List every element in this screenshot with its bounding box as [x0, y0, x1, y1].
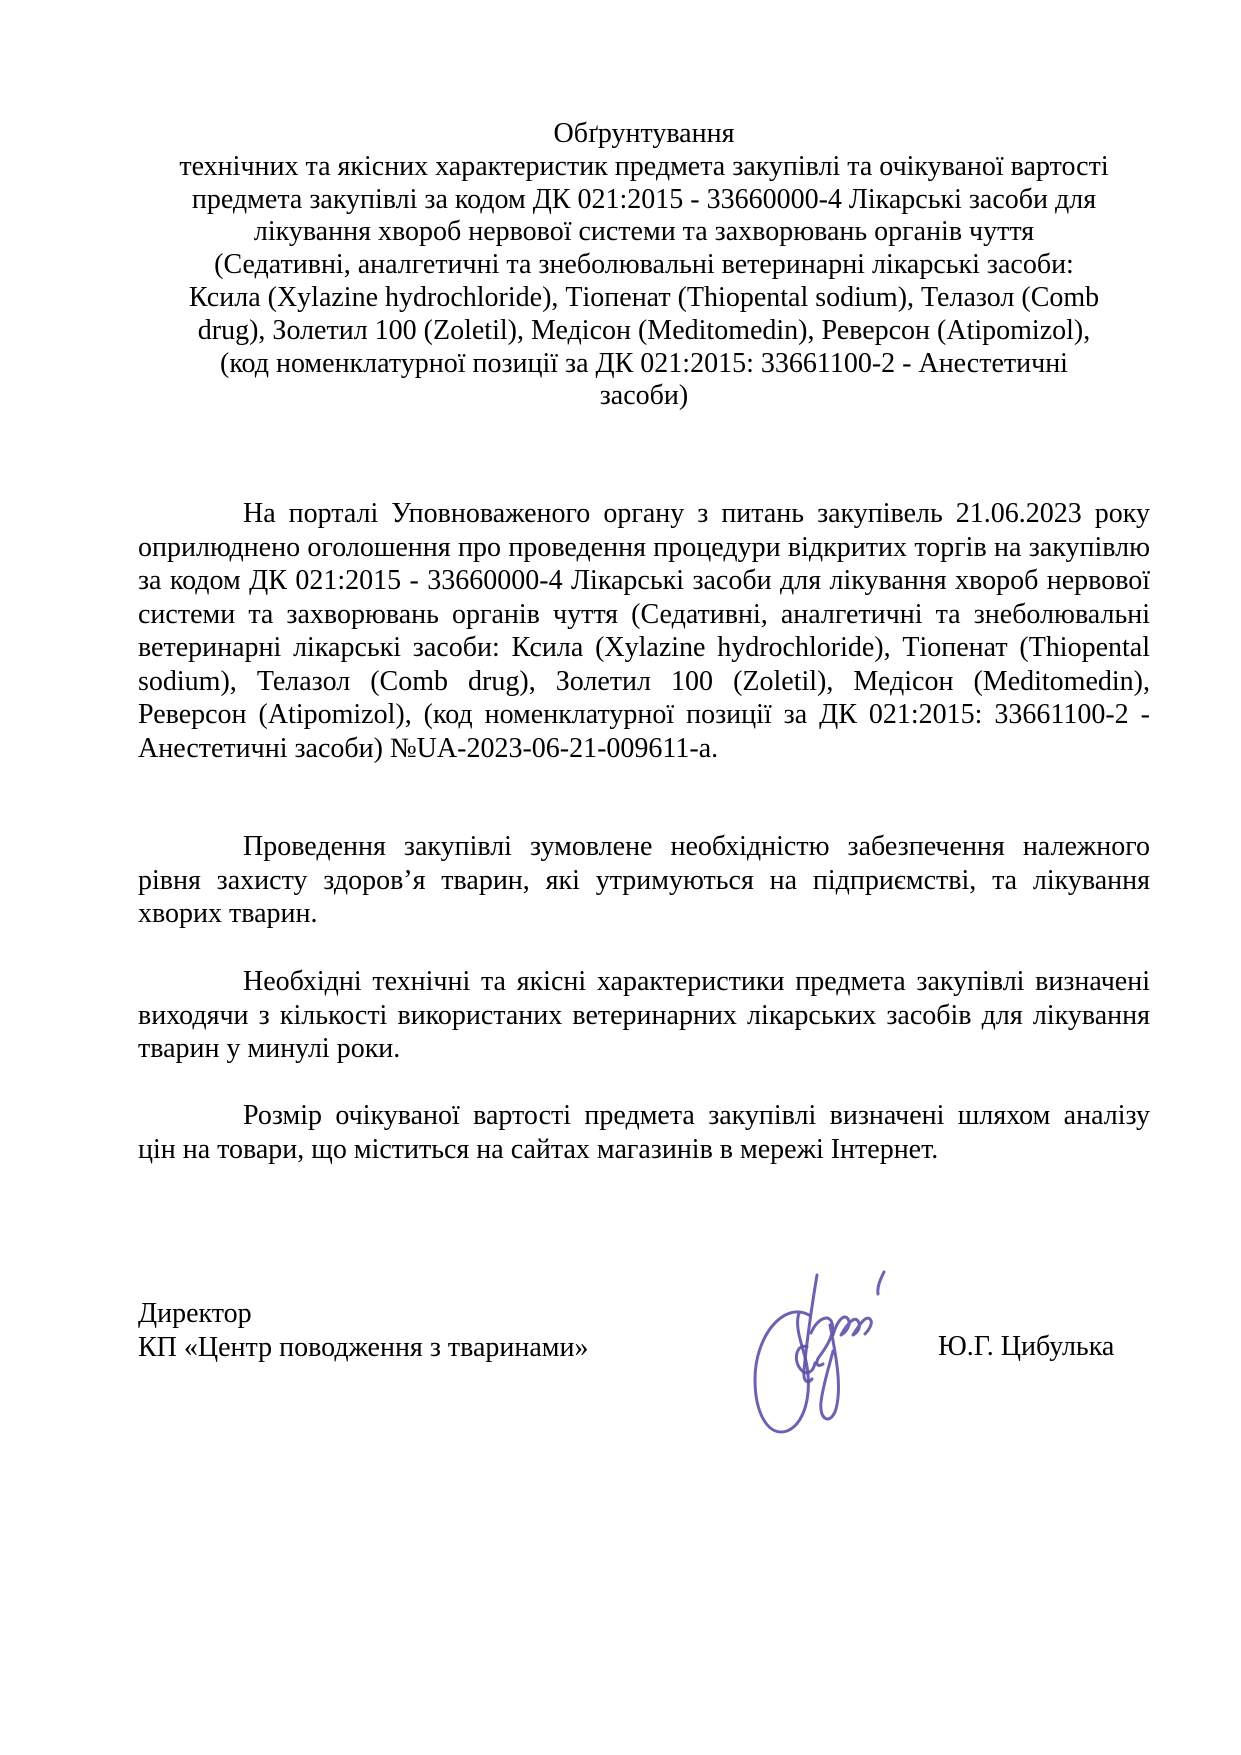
document-title: Обґрунтування технічних та якісних харак…: [138, 118, 1150, 413]
signature-stroke-oval: [755, 1312, 809, 1432]
paragraph-expected-value: Розмір очікуваної вартості предмета заку…: [138, 1099, 1150, 1166]
signature-image: [745, 1255, 905, 1455]
signature-stroke-tick: [878, 1272, 884, 1294]
title-line: Ксила (Xylazine hydrochloride), Тіопенат…: [138, 282, 1150, 315]
title-line: drug), Золетил 100 (Zoletil), Медісон (M…: [138, 315, 1150, 348]
signoff-position-line2: КП «Центр поводження з тваринами»: [138, 1331, 589, 1365]
signatory-name: Ю.Г. Цибулька: [938, 1330, 1114, 1364]
title-line: (код номенклатурної позиції за ДК 021:20…: [138, 348, 1150, 381]
signoff-position-line1: Директор: [138, 1297, 589, 1331]
title-line: засоби): [138, 380, 1150, 413]
paragraph-characteristics: Необхідні технічні та якісні характерист…: [138, 965, 1150, 1066]
paragraph-announcement: На порталі Уповноваженого органу з питан…: [138, 497, 1150, 765]
title-line: Обґрунтування: [138, 118, 1150, 151]
signature-stroke-squiggle: [833, 1317, 871, 1335]
title-line: технічних та якісних характеристик предм…: [138, 151, 1150, 184]
handwritten-signature: [745, 1255, 905, 1455]
title-line: (Седативні, аналгетичні та знеболювальні…: [138, 249, 1150, 282]
paragraph-justification: Проведення закупівлі зумовлене необхідні…: [138, 830, 1150, 931]
title-line: лікування хвороб нервової системи та зах…: [138, 216, 1150, 249]
document-page: Обґрунтування технічних та якісних харак…: [0, 0, 1241, 1755]
signoff-position: Директор КП «Центр поводження з тваринам…: [138, 1297, 589, 1364]
title-line: предмета закупівлі за кодом ДК 021:2015 …: [138, 184, 1150, 217]
